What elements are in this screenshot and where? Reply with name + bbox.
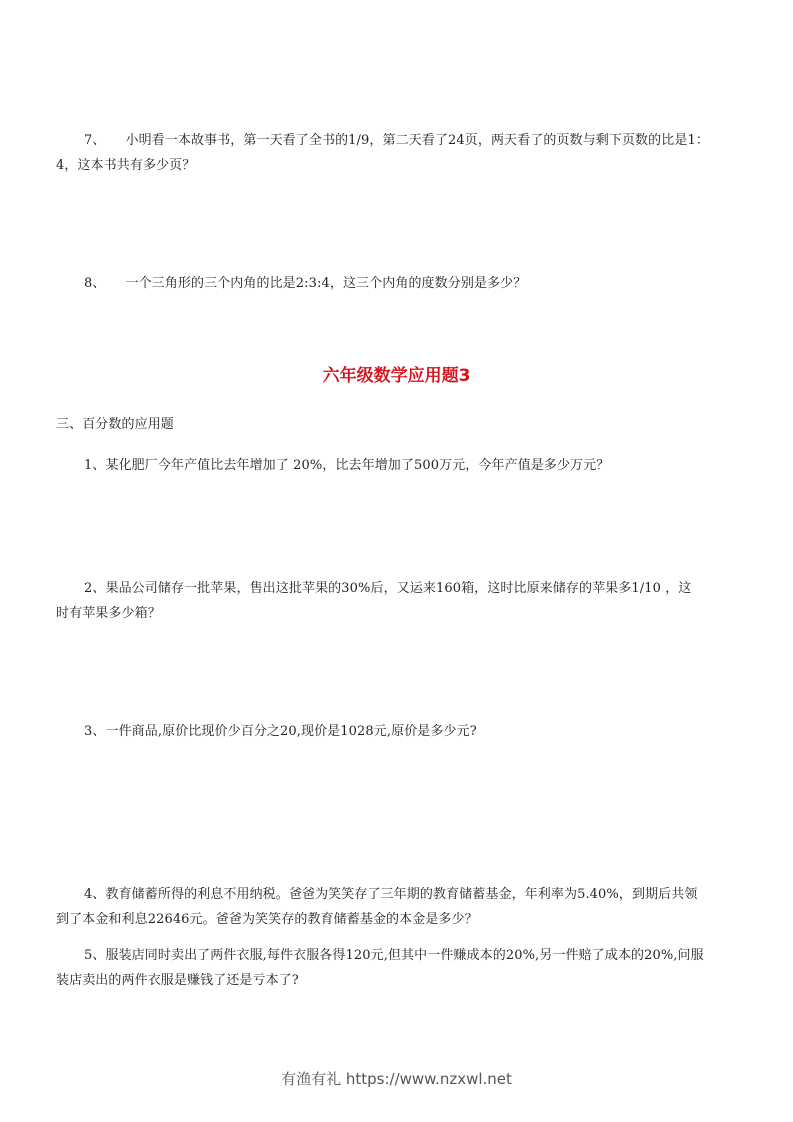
problem-5-line-1: 5、服装店同时卖出了两件衣服,每件衣服各得120元,但其中一件赚成本的20%,另… bbox=[56, 943, 769, 968]
footer-watermark: 有渔有礼 https://www.nzxwl.net bbox=[0, 1068, 793, 1090]
problem-1-line-1: 1、某化肥厂今年产值比去年增加了 20%，比去年增加了500万元，今年产值是多少… bbox=[56, 453, 769, 478]
section-title: 六年级数学应用题3 bbox=[0, 364, 793, 388]
problem-4-line-2: 到了本金和利息22646元。爸爸为笑笑存的教育储蓄基金的本金是多少？ bbox=[56, 907, 741, 932]
problem-8-number: 8、 bbox=[84, 276, 105, 291]
problem-7-line-2: 4，这本书共有多少页？ bbox=[56, 153, 741, 178]
problem-7-line-1: 7、小明看一本故事书，第一天看了全书的1/9，第二天看了24页，两天看了的页数与… bbox=[56, 128, 769, 153]
problem-7-text: 小明看一本故事书，第一天看了全书的1/9，第二天看了24页，两天看了的页数与剩下… bbox=[125, 133, 708, 148]
problem-7-number: 7、 bbox=[84, 133, 105, 148]
problem-5-line-2: 装店卖出的两件衣服是赚钱了还是亏本了? bbox=[56, 968, 741, 993]
problem-8-text: 一个三角形的三个内角的比是2:3:4，这三个内角的度数分别是多少？ bbox=[125, 276, 526, 291]
problem-2-line-1: 2、果品公司储存一批苹果，售出这批苹果的30%后，又运来160箱，这时比原来储存… bbox=[56, 576, 769, 601]
problem-8-line-1: 8、一个三角形的三个内角的比是2:3:4，这三个内角的度数分别是多少？ bbox=[56, 271, 769, 296]
problem-2-line-2: 时有苹果多少箱？ bbox=[56, 601, 741, 626]
document-page: 7、小明看一本故事书，第一天看了全书的1/9，第二天看了24页，两天看了的页数与… bbox=[0, 0, 793, 1122]
problem-3-line-1: 3、一件商品,原价比现价少百分之20,现价是1028元,原价是多少元? bbox=[56, 719, 769, 744]
section-heading: 三、百分数的应用题 bbox=[56, 412, 741, 437]
problem-4-line-1: 4、教育储蓄所得的利息不用纳税。爸爸为笑笑存了三年期的教育储蓄基金，年利率为5.… bbox=[56, 882, 769, 907]
